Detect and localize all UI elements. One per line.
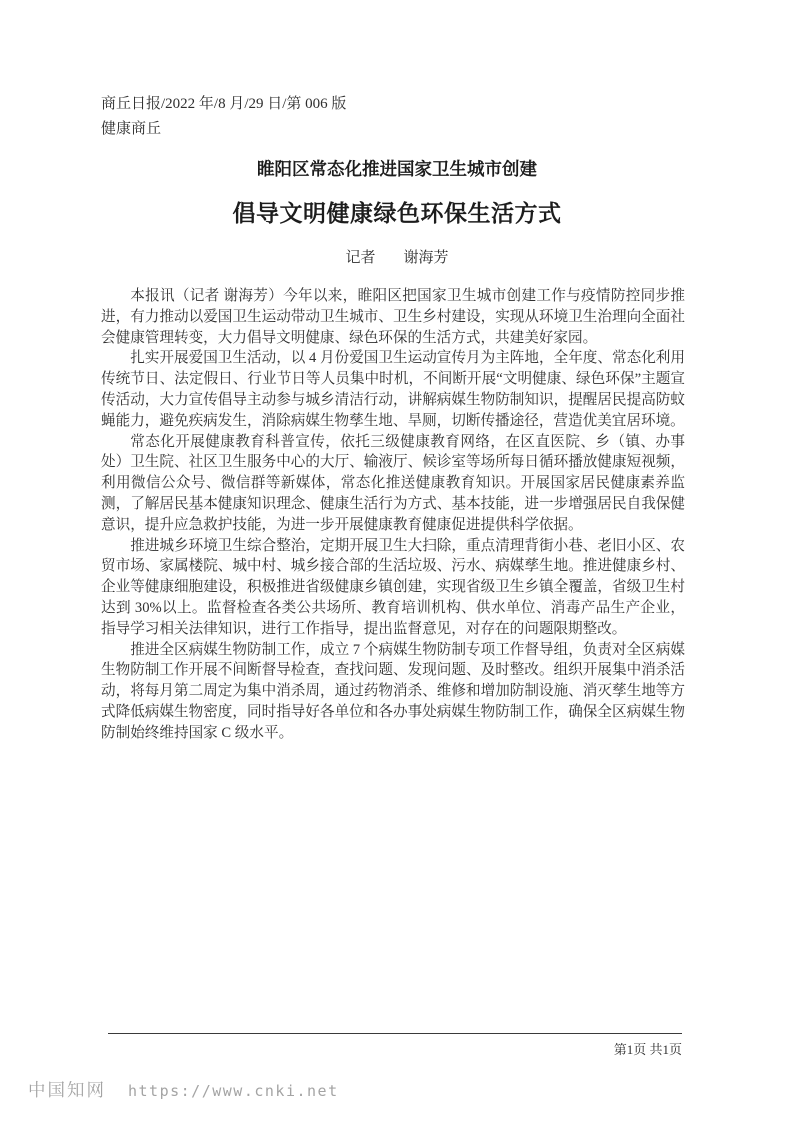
paragraph: 推进全区病媒生物防制工作，成立 7 个病媒生物防制专项工作督导组，负责对全区病媒…: [101, 640, 685, 744]
section-line: 健康商丘: [101, 117, 346, 142]
paragraph: 常态化开展健康教育科普宣传，依托三级健康教育网络，在区直医院、乡（镇、办事处）卫…: [101, 432, 685, 536]
source-line: 商丘日报/2022 年/8 月/29 日/第 006 版: [101, 92, 346, 117]
cnki-brand: 中国知网: [28, 1077, 106, 1102]
article-title: 倡导文明健康绿色环保生活方式: [0, 195, 794, 228]
paragraph: 推进城乡环境卫生综合整治，定期开展卫生大扫除，重点清理背街小巷、老旧小区、农贸市…: [101, 536, 685, 640]
page-indicator: 第1页 共1页: [108, 1039, 682, 1058]
footer-divider: [108, 1033, 682, 1034]
cnki-url[interactable]: https://www.cnki.net: [128, 1082, 339, 1100]
document-header: 商丘日报/2022 年/8 月/29 日/第 006 版 健康商丘: [101, 92, 346, 142]
cnki-watermark: 中国知网 https://www.cnki.net: [28, 1077, 339, 1102]
paragraph: 本报讯（记者 谢海芳）今年以来，睢阳区把国家卫生城市创建工作与疫情防控同步推进，…: [101, 286, 685, 348]
byline-role: 记者: [345, 250, 375, 266]
document-page: 商丘日报/2022 年/8 月/29 日/第 006 版 健康商丘 睢阳区常态化…: [0, 0, 794, 1123]
paragraph: 扎实开展爱国卫生活动，以 4 月份爱国卫生运动宣传月为主阵地，全年度、常态化利用…: [101, 348, 685, 431]
article-body: 本报讯（记者 谢海芳）今年以来，睢阳区把国家卫生城市创建工作与疫情防控同步推进，…: [101, 286, 685, 744]
byline-author: 谢海芳: [404, 250, 449, 266]
byline: 记者谢海芳: [0, 246, 794, 267]
article-subtitle: 睢阳区常态化推进国家卫生城市创建: [0, 156, 794, 181]
